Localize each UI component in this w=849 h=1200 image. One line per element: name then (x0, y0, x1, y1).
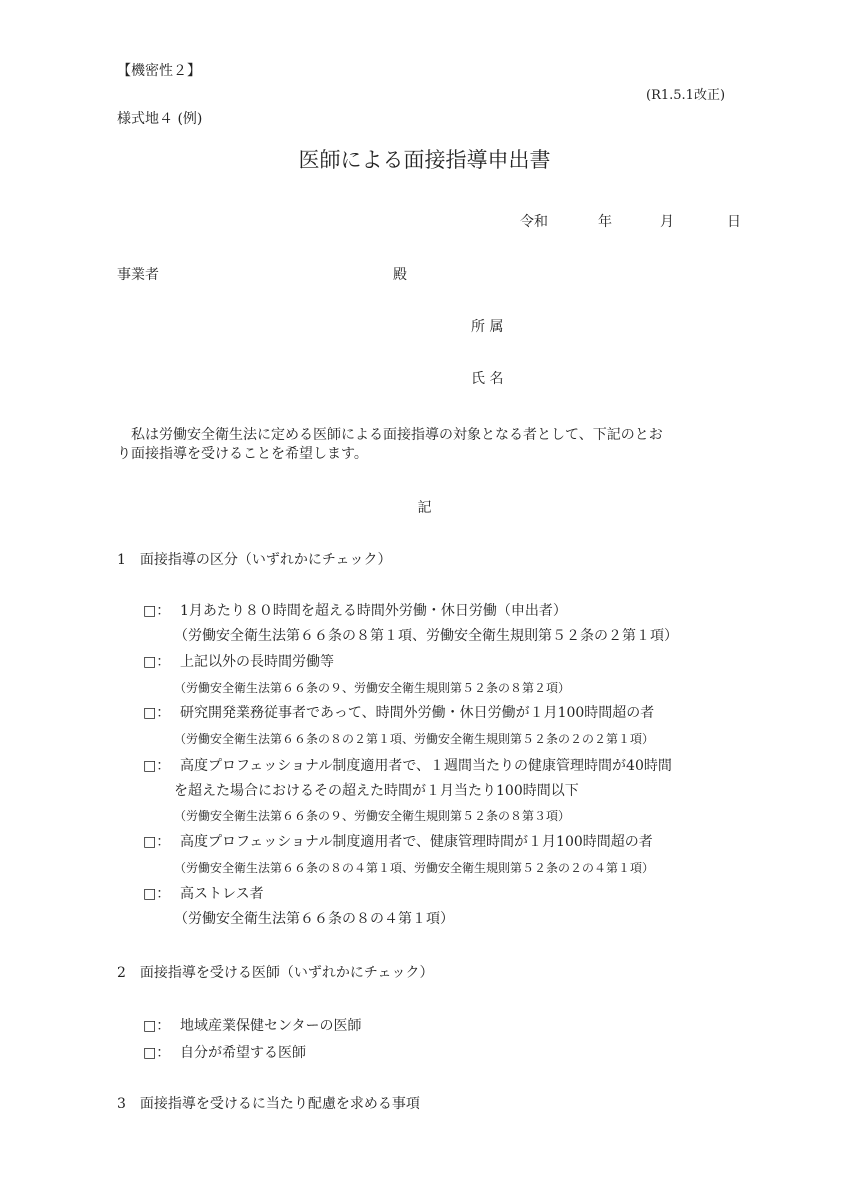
item-2-reference: （労働安全衛生法第６６条の９、労働安全衛生規則第５２条の８第２項） (174, 682, 570, 694)
doctor-center-label: 地域産業保健センターの医師 (180, 1019, 361, 1033)
affiliation-label: 所 属 (471, 320, 503, 334)
date-month: 月 (660, 215, 674, 229)
checkbox-item-2[interactable]: □： (143, 655, 170, 669)
confidentiality-label: 【機密性２】 (117, 64, 201, 78)
revision-label: (R1.5.1改正) (646, 89, 725, 102)
name-field[interactable] (540, 368, 740, 388)
employer-name-field[interactable] (333, 268, 391, 284)
section2-heading: 2 面接指導を受ける医師（いずれかにチェック） (117, 966, 434, 980)
checkbox-item-1[interactable]: □： (143, 604, 170, 618)
item-6-label: 高ストレス者 (180, 887, 264, 901)
item-4-label-line-1: 高度プロフェッショナル制度適用者で、１週間当たりの健康管理時間が40時間 (180, 759, 672, 773)
checkbox-item-6[interactable]: □： (143, 887, 170, 901)
item-3-label: 研究開発業務従事者であって、時間外労働・休日労働が１月100時間超の者 (180, 706, 654, 720)
date-era: 令和 (520, 215, 548, 229)
name-label: 氏 名 (471, 372, 503, 386)
employer-label: 事業者 (117, 268, 159, 282)
checkbox-item-3[interactable]: □： (143, 706, 170, 720)
document-title: 医師による面接指導申出書 (0, 150, 849, 171)
item-5-reference: （労働安全衛生法第６６条の８の４第１項、労働安全衛生規則第５２条の２の４第１項） (174, 862, 654, 874)
section1-heading: 1 面接指導の区分（いずれかにチェック） (117, 553, 392, 567)
item-4-reference: （労働安全衛生法第６６条の９、労働安全衛生規則第５２条の８第３項） (174, 810, 570, 822)
checkbox-doctor-own-choice[interactable]: □： (143, 1046, 170, 1060)
date-year: 年 (598, 215, 612, 229)
section3-heading: 3 面接指導を受けるに当たり配慮を求める事項 (117, 1097, 420, 1111)
item-5-label: 高度プロフェッショナル制度適用者で、健康管理時間が１月100時間超の者 (180, 835, 653, 849)
affiliation-field[interactable] (540, 316, 740, 336)
doctor-own-choice-label: 自分が希望する医師 (180, 1046, 306, 1060)
checkbox-item-4[interactable]: □： (143, 759, 170, 773)
item-2-label: 上記以外の長時間労働等 (180, 655, 334, 669)
item-1-reference: （労働安全衛生法第６６条の８第１項、労働安全衛生規則第５２条の２第１項） (174, 629, 678, 643)
item-4-label-line-2: を超えた場合におけるその超えた時間が１月当たり100時間以下 (174, 784, 579, 798)
honorific-dono: 殿 (393, 268, 407, 282)
body-text-line-1: 私は労働安全衛生法に定める医師による面接指導の対象となる者として、下記のとお (117, 428, 663, 442)
form-number: 様式地４ (例) (117, 112, 202, 126)
checkbox-doctor-center[interactable]: □： (143, 1019, 170, 1033)
checkbox-item-5[interactable]: □： (143, 835, 170, 849)
item-1-label: 1月あたり８０時間を超える時間外労働・休日労働（申出者） (180, 604, 567, 618)
body-text-line-2: り面接指導を受けることを希望します。 (117, 447, 368, 461)
item-6-reference: （労働安全衛生法第６６条の８の４第１項） (174, 912, 454, 926)
ki-label: 記 (0, 501, 849, 515)
item-3-reference: （労働安全衛生法第６６条の８の２第１項、労働安全衛生規則第５２条の２の２第１項） (174, 733, 654, 745)
date-day: 日 (727, 215, 741, 229)
